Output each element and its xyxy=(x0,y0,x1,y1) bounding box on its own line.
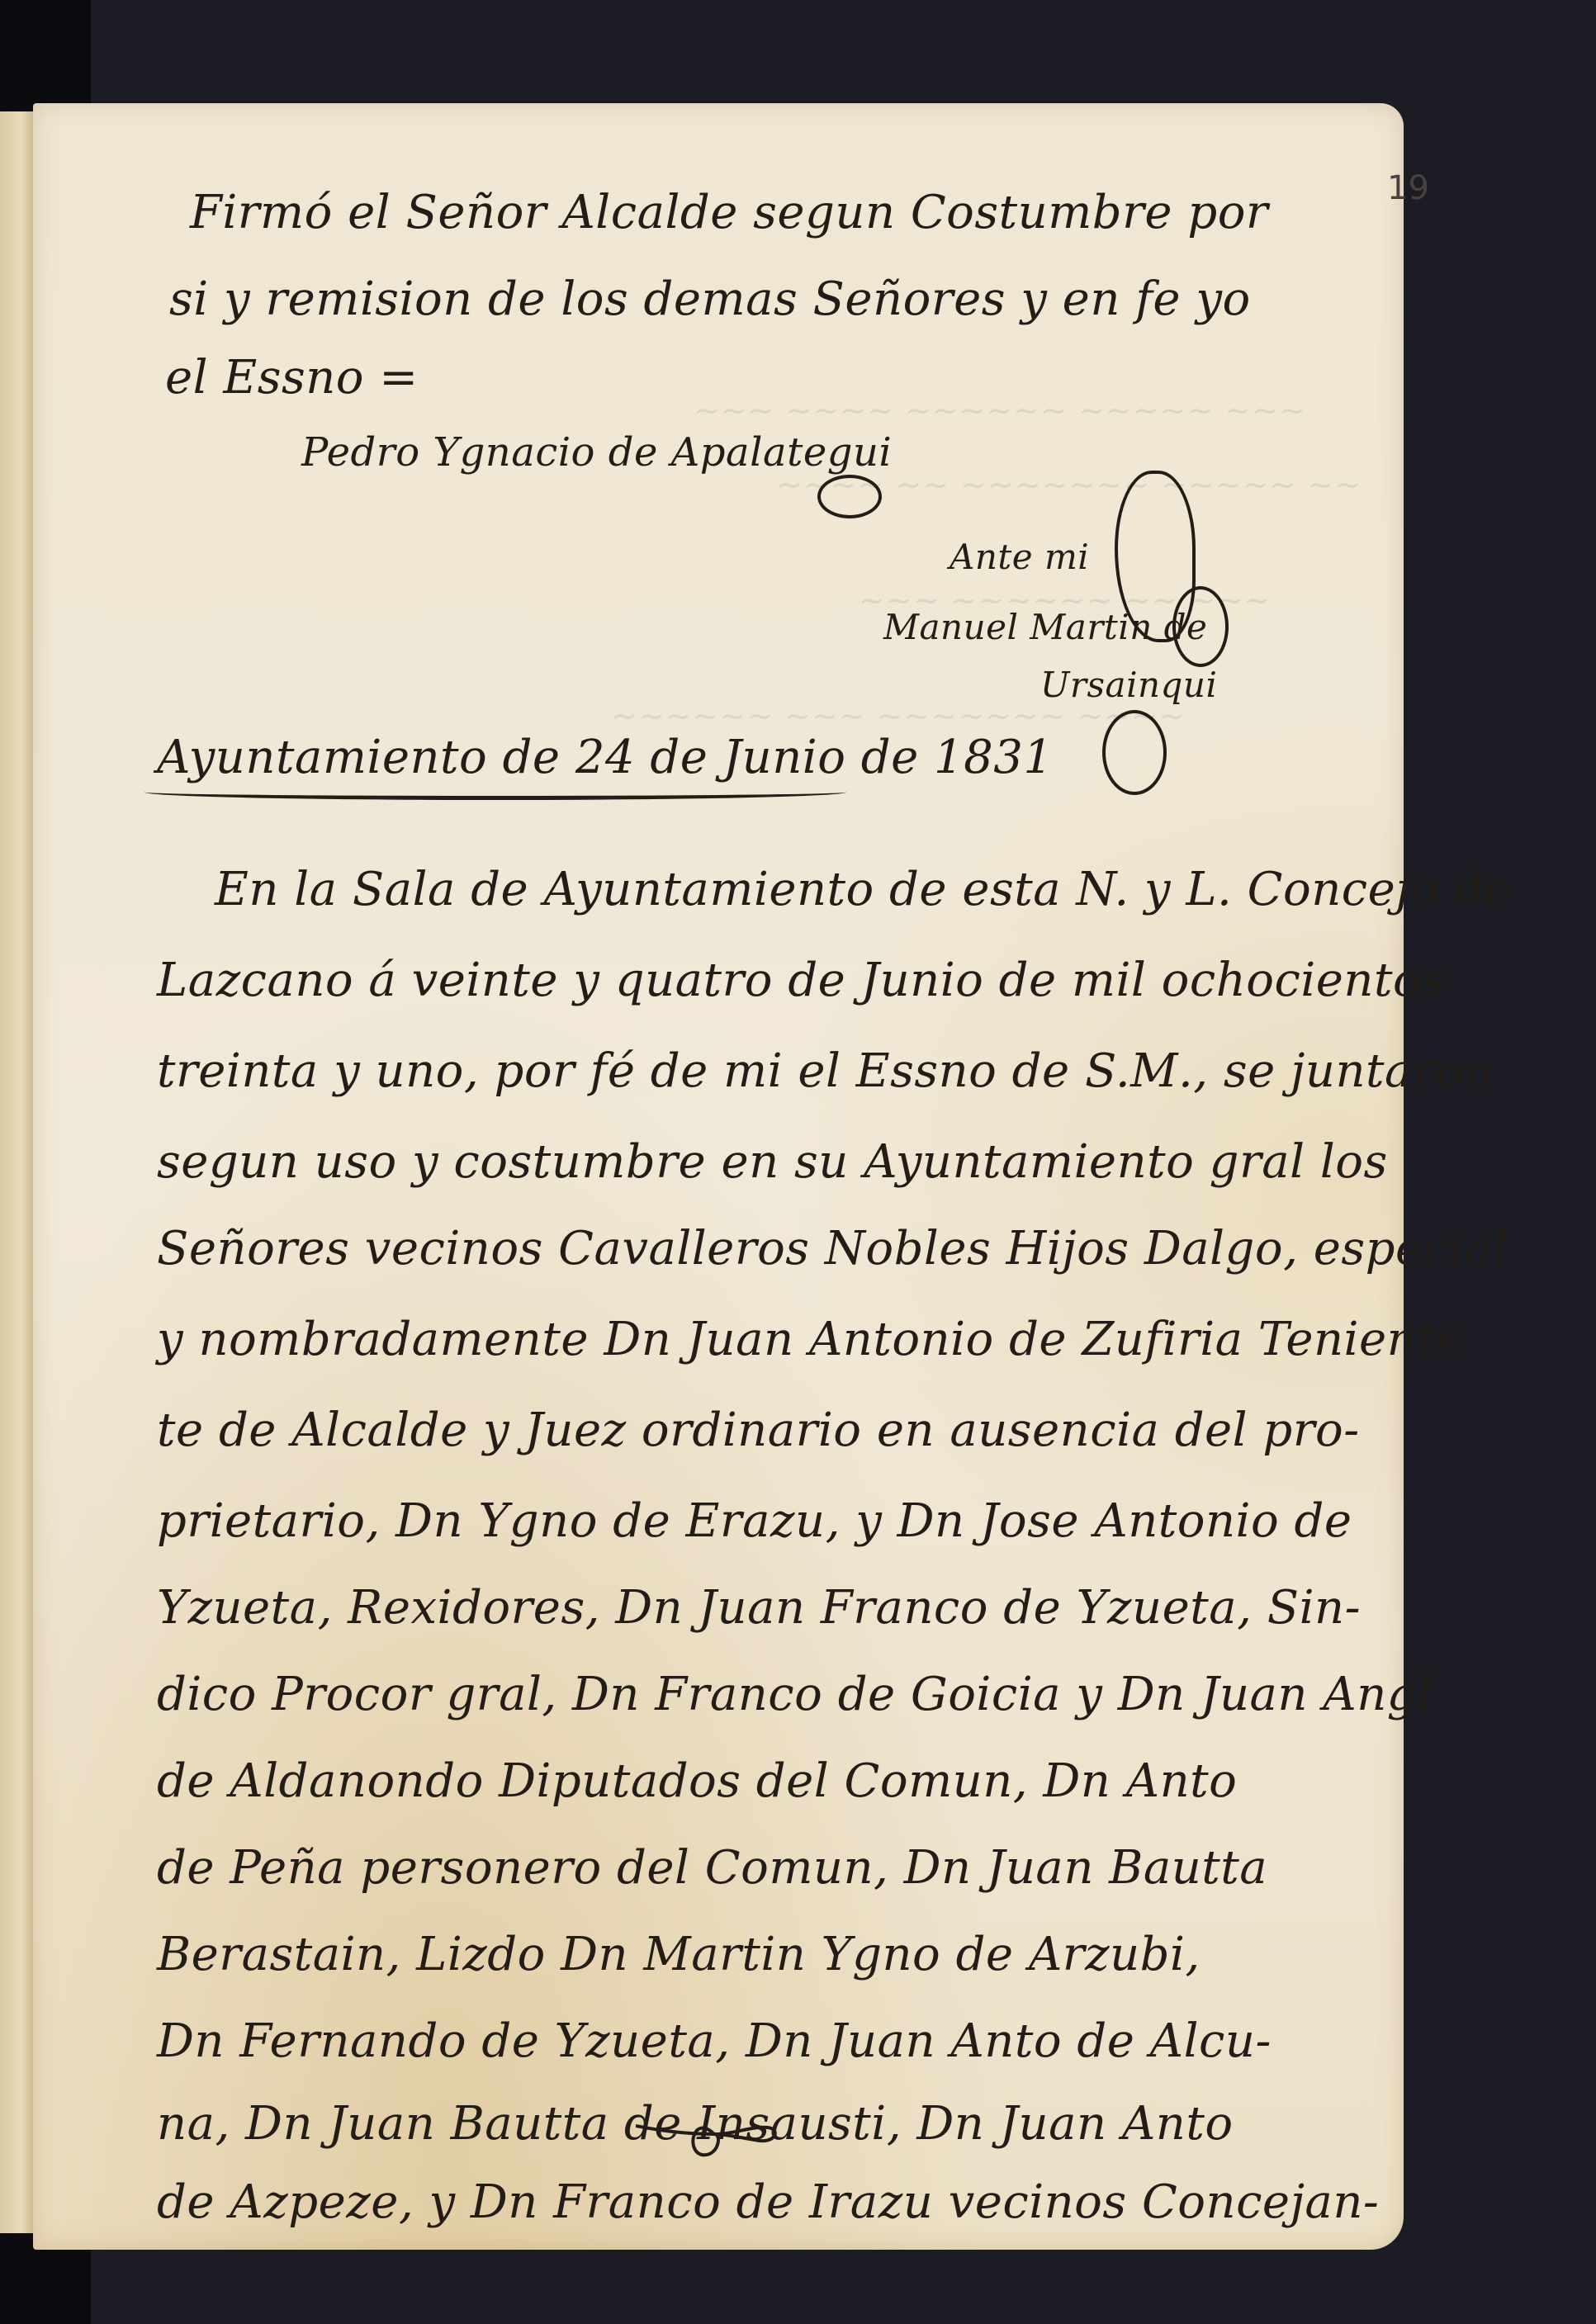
body-line-13: Berastain, Lizdo Dn Martin Ygno de Arzub… xyxy=(157,1928,1201,1981)
body-line-4: segun uso y costumbre en su Ayuntamiento… xyxy=(157,1135,1388,1189)
bleed-through-text: ~~~ ~~~~ ~~~~~~ ~~~~~ ~~~ xyxy=(694,392,1306,428)
folio-number: 19 xyxy=(1387,169,1429,207)
body-line-16: de Azpeze, y Dn Franco de Irazu vecinos … xyxy=(157,2175,1379,2229)
signature-manuel-martin: Manuel Martin de xyxy=(883,607,1207,647)
heading-underline xyxy=(144,784,846,800)
body-line-9: Yzueta, Rexidores, Dn Juan Franco de Yzu… xyxy=(157,1581,1361,1635)
closing-line-2: si y remision de los demas Señores y en … xyxy=(169,272,1251,326)
body-line-5: Señores vecinos Cavalleros Nobles Hijos … xyxy=(157,1222,1508,1276)
end-flourish-icon xyxy=(636,2109,784,2159)
signature-ursainqui: Ursainqui xyxy=(1040,665,1217,705)
rubric-flourish-icon xyxy=(1172,586,1229,667)
closing-line-3: el Essno = xyxy=(165,351,419,405)
body-line-7: te de Alcalde y Juez ordinario en ausenc… xyxy=(157,1403,1360,1457)
body-line-3: treinta y uno, por fé de mi el Essno de … xyxy=(157,1044,1494,1098)
closing-line-1: Firmó el Señor Alcalde segun Costumbre p… xyxy=(190,186,1268,239)
body-line-11: de Aldanondo Diputados del Comun, Dn Ant… xyxy=(157,1754,1237,1808)
body-line-6: y nombradamente Dn Juan Antonio de Zufir… xyxy=(157,1313,1464,1366)
body-line-2: Lazcano á veinte y quatro de Junio de mi… xyxy=(157,954,1445,1007)
rubric-flourish-icon xyxy=(817,475,882,518)
body-line-1: En la Sala de Ayuntamiento de esta N. y … xyxy=(215,863,1512,916)
signature-ante-mi: Ante mi xyxy=(950,537,1089,577)
body-line-10: dico Procor gral, Dn Franco de Goicia y … xyxy=(157,1668,1433,1721)
rubric-flourish-icon xyxy=(1102,710,1167,795)
body-line-14: Dn Fernando de Yzueta, Dn Juan Anto de A… xyxy=(157,2014,1272,2068)
signature-apalategui: Pedro Ygnacio de Apalategui xyxy=(301,429,892,476)
body-line-12: de Peña personero del Comun, Dn Juan Bau… xyxy=(157,1841,1267,1895)
act-heading: Ayuntamiento de 24 de Junio de 1831 xyxy=(157,731,1054,784)
body-line-8: prietario, Dn Ygno de Erazu, y Dn Jose A… xyxy=(157,1494,1352,1548)
previous-leaf-edge xyxy=(0,111,37,2233)
